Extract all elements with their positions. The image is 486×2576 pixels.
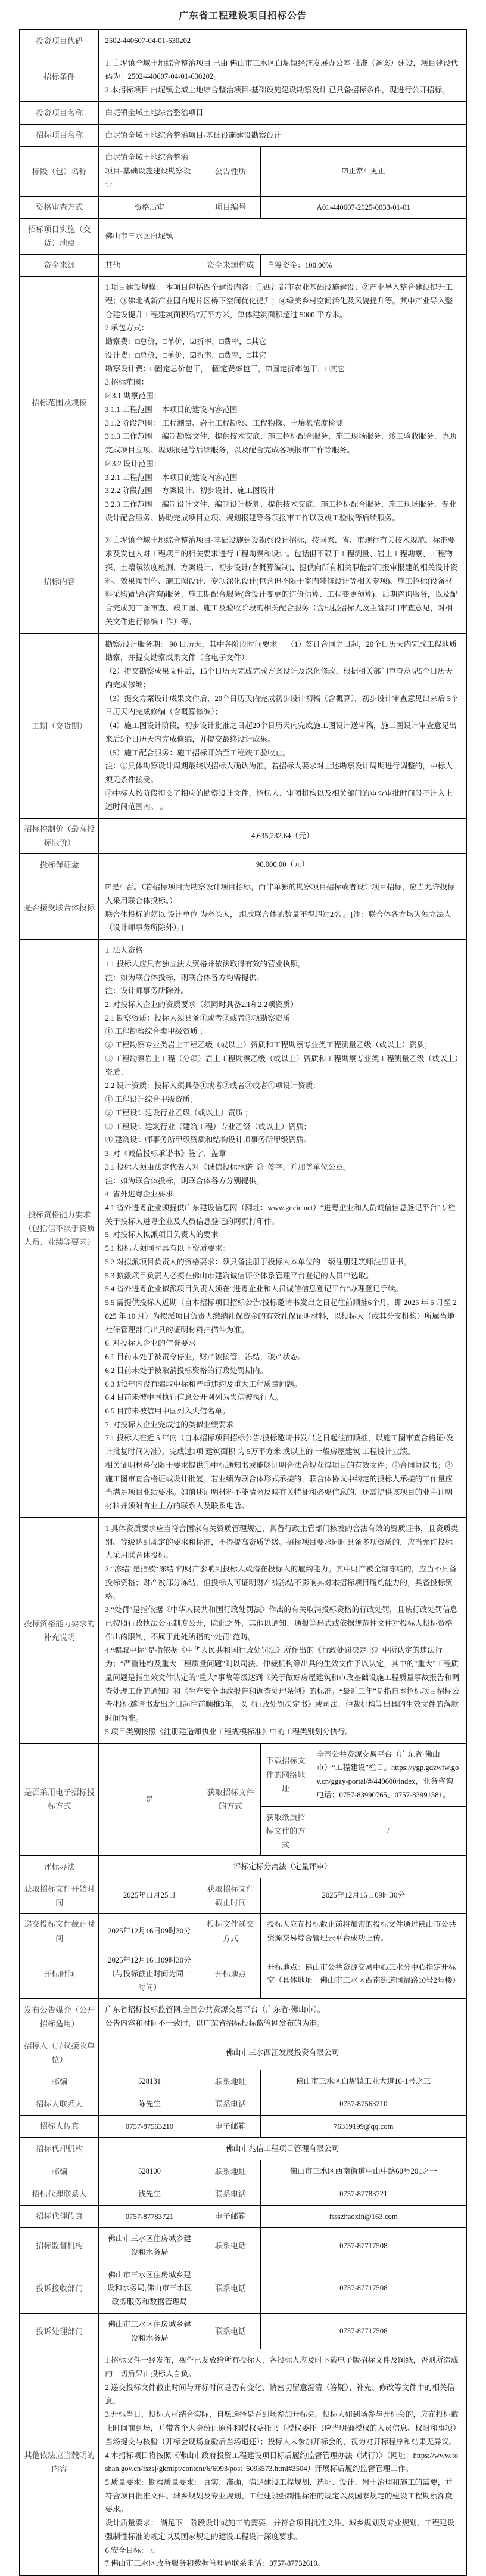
agency-postcode-value: 528100 xyxy=(99,2160,200,2183)
qualification-requirements-label: 投标资格能力要求（包括但不限于资质人员、业绩等要求） xyxy=(20,940,99,1518)
row-control-price: 招标控制价（最高投标限价） 4,635,232.64（元） xyxy=(20,819,466,854)
agency-phone-label: 联系电话 xyxy=(200,2183,261,2205)
supervision-org-value: 佛山市三水区住房城乡建设和水务局 xyxy=(99,2228,200,2264)
row-qualification-supplement: 投标资格能力要求的补充说明 1.具体资质要求应当符合国家有关资质管理规定，具备行… xyxy=(20,1517,466,1743)
consortium-value: ☑是/□否。（若招标项目为勘察设计项目招标，而非单独的勘察项目招标或者设计项目招… xyxy=(99,876,466,940)
agency-phone-value: 0757-87783721 xyxy=(261,2183,466,2205)
row-opening-time: 开标时间 2025年12月16日09时30分（与投标截止时间为同一时间） 开标地… xyxy=(20,1949,466,1999)
project-number-value: A01-440607-2025-0033-01-01 xyxy=(261,196,466,219)
submission-method-value: 投标人应在投标截止前将加密的投标文件通过佛山市公共资源交易综合管理云平台成功上传… xyxy=(261,1913,466,1949)
download-address-label: 下载招标文件的网络地址 xyxy=(261,1743,310,1806)
row-bid-bond: 投标保证金 90,000.00（元） xyxy=(20,854,466,876)
tenderer-email-value: 76319199@qq.com xyxy=(261,2115,466,2138)
section-name-value: 白坭镇全域土地综合整治项目-基础设施建设勘察设计 xyxy=(99,147,200,196)
agency-label: 招标代理机构 xyxy=(20,2138,99,2160)
consortium-label: 是否接受联合体投标 xyxy=(20,876,99,940)
tender-project-name-value: 白坭镇全域土地综合整治项目-基础设施建设勘察设计 xyxy=(99,124,466,147)
notice-nature-label: 公告性质 xyxy=(200,147,261,196)
investment-code-value: 2502-440607-04-01-630202 xyxy=(99,29,466,52)
complaint-receiving-label: 投诉接收部门 xyxy=(20,2264,99,2313)
row-submission-deadline: 递交投标文件截止时间 2025年12月16日09时30分 投标文件递交方式 投标… xyxy=(20,1913,466,1949)
fund-source-value: 其他 xyxy=(99,254,200,277)
row-scope-scale: 招标范围及规模 1.项目建设规模： 本项目包括四个建设内容：①西江都市农业基础设… xyxy=(20,277,466,529)
investment-name-label: 投资项目名称 xyxy=(20,101,99,124)
submission-deadline-label: 递交投标文件截止时间 xyxy=(20,1913,99,1949)
doc-obtain-method-label: 获取招标文件的方式 xyxy=(200,1743,261,1855)
row-section-name: 标段（包）名称 白坭镇全域土地综合整治项目-基础设施建设勘察设计 公告性质 ☑正… xyxy=(20,147,466,196)
complaint-receiving-value: 佛山市三水区住房城乡建设和水务局,佛山市三水区政务服务和数据管理局 xyxy=(99,2264,200,2313)
investment-name-value: 白坭镇全域土地综合整治项目 xyxy=(99,101,466,124)
page-title: 广东省工程建设项目招标公告 xyxy=(0,8,486,21)
agency-email-value: fssszhaoxin@163.com xyxy=(261,2205,466,2228)
tenderer-fax-label: 招标人传真 xyxy=(20,2115,99,2138)
evaluation-method-label: 评标办法 xyxy=(20,1855,99,1878)
tender-content-value: 对白坭镇全域土地综合整治项目-基础设施建设勘察设计招标，按国家、省、市现行有关技… xyxy=(99,529,466,633)
row-agency-fax: 招标代理传真 0757-87783721 电子邮箱 fssszhaoxin@16… xyxy=(20,2205,466,2228)
qualification-requirements-value: 1. 法人资格 1.1 投标人应具有独立法人资格并依法取得有效的营业执照。 注：… xyxy=(99,940,466,1518)
qualification-review-label: 资格审查方式 xyxy=(20,196,99,219)
duration-label: 工期（交货期） xyxy=(20,633,99,819)
tender-announcement-table: 投资项目代码 2502-440607-04-01-630202 招标条件 1. … xyxy=(19,29,467,2576)
complaint-handling-phone-value: 0757-87717508 xyxy=(261,2313,466,2349)
tender-conditions-value: 1. 白坭镇全域土地综合整治项目 已由 佛山市三水区白坭镇经济发展办公室 批准（… xyxy=(99,52,466,101)
row-consortium: 是否接受联合体投标 ☑是/□否。（若招标项目为勘察设计项目招标，而非单独的勘察项… xyxy=(20,876,466,940)
supervision-phone-label: 联系电话 xyxy=(200,2228,261,2264)
row-tenderer: 招标人（异议接收单位） 佛山市三水西江发展投资有限公司 xyxy=(20,2035,466,2070)
other-contents-label: 其他依法应当载明的内容 xyxy=(20,2349,99,2575)
download-address-value: 全国公共资源交易平台（广东省·佛山市）“工程建设”栏目。https://ygp.… xyxy=(310,1743,466,1806)
row-other-contents: 其他依法应当载明的内容 1.招标文件一经发布，视作已发放给所有投标人，各投标人应… xyxy=(20,2349,466,2575)
row-tenderer-postcode: 邮编 528131 联系地址 佛山市三水区白坭镇工业大道16-1号之三 xyxy=(20,2070,466,2093)
agency-email-label: 电子邮箱 xyxy=(200,2205,261,2228)
tenderer-fax-value: 0757-87563210 xyxy=(99,2115,200,2138)
row-delivery-place: 招标项目实施（交货）地点 佛山市三水区白坭镇 xyxy=(20,219,466,254)
qualification-supplement-label: 投标资格能力要求的补充说明 xyxy=(20,1517,99,1743)
tender-conditions-label: 招标条件 xyxy=(20,52,99,101)
agency-postcode-label: 邮编 xyxy=(20,2160,99,2183)
row-doc-obtain-time: 获取招标文件开始时间 2025年11月25日 获取招标文件截止时间 2025年1… xyxy=(20,1878,466,1913)
agency-contact-value: 钱先生 xyxy=(99,2183,200,2205)
project-number-label: 项目编号 xyxy=(200,196,261,219)
tenderer-address-value: 佛山市三水区白坭镇工业大道16-1号之三 xyxy=(261,2070,466,2093)
row-investment-code: 投资项目代码 2502-440607-04-01-630202 xyxy=(20,29,466,52)
row-duration: 工期（交货期） 勘察/设计服务期： 90 日历天，其中各阶段时间要求： （1）签… xyxy=(20,633,466,819)
doc-obtain-deadline-label: 获取招标文件截止时间 xyxy=(200,1878,261,1913)
bid-bond-value: 90,000.00（元） xyxy=(99,854,466,876)
row-supervision-org: 招标监督机构 佛山市三水区住房城乡建设和水务局 联系电话 0757-877175… xyxy=(20,2228,466,2264)
tender-project-name-label: 招标项目名称 xyxy=(20,124,99,147)
row-complaint-handling: 投诉处理部门 佛山市三水区住房城乡建设和水务局 联系电话 0757-877175… xyxy=(20,2313,466,2349)
row-tender-conditions: 招标条件 1. 白坭镇全域土地综合整治项目 已由 佛山市三水区白坭镇经济发展办公… xyxy=(20,52,466,101)
row-tender-content: 招标内容 对白坭镇全域土地综合整治项目-基础设施建设勘察设计招标，按国家、省、市… xyxy=(20,529,466,633)
agency-value: 佛山市兆信工程项目管理有限公司 xyxy=(99,2138,466,2160)
section-name-label: 标段（包）名称 xyxy=(20,147,99,196)
tenderer-postcode-value: 528131 xyxy=(99,2070,200,2093)
doc-obtain-start-value: 2025年11月25日 xyxy=(99,1878,200,1913)
row-agency: 招标代理机构 佛山市兆信工程项目管理有限公司 xyxy=(20,2138,466,2160)
row-evaluation-method: 评标办法 评标定标分离法（定量评审） xyxy=(20,1855,466,1878)
complaint-handling-phone-label: 联系电话 xyxy=(200,2313,261,2349)
tenderer-label: 招标人（异议接收单位） xyxy=(20,2035,99,2070)
row-tenderer-contact: 招标人联系人 陈先生 联系电话 0757-87563210 xyxy=(20,2093,466,2115)
tenderer-value: 佛山市三水西江发展投资有限公司 xyxy=(99,2035,466,2070)
row-qualification-requirements: 投标资格能力要求（包括但不限于资质人员、业绩等要求） 1. 法人资格 1.1 投… xyxy=(20,940,466,1518)
agency-address-value: 佛山市三水区西南街道中山中路60号201之一 xyxy=(261,2160,466,2183)
row-complaint-receiving: 投诉接收部门 佛山市三水区住房城乡建设和水务局,佛山市三水区政务服务和数据管理局… xyxy=(20,2264,466,2313)
evaluation-method-value: 评标定标分离法（定量评审） xyxy=(99,1855,466,1878)
qualification-supplement-value: 1.具体资质要求应当符合国家有关资质管理规定，具备行政主管部门核发的合法有效的资… xyxy=(99,1517,466,1743)
opening-place-label: 开标地点 xyxy=(200,1949,261,1999)
complaint-receiving-phone-label: 联系电话 xyxy=(200,2264,261,2313)
opening-place-value: 开标地点：佛山市公共资源交易中心三水分中心指定开标室（具体地址：佛山市三水区西南… xyxy=(261,1949,466,1999)
document-page: 广东省工程建设项目招标公告 投资项目代码 2502-440607-04-01-6… xyxy=(0,0,486,2576)
supervision-phone-value: 0757-87717508 xyxy=(261,2228,466,2264)
scope-scale-value: 1.项目建设规模： 本项目包括四个建设内容：①西江都市农业基础设施建设；②产业导… xyxy=(99,277,466,529)
e-bidding-label: 是否采用电子招标投标方式 xyxy=(20,1743,99,1855)
tenderer-phone-value: 0757-87563210 xyxy=(261,2093,466,2115)
agency-address-label: 联系地址 xyxy=(200,2160,261,2183)
bid-bond-label: 投标保证金 xyxy=(20,854,99,876)
qualification-review-value: 资格后审 xyxy=(99,196,200,219)
row-fund-source: 资金来源 其他 资金来源构成 自筹资金：100.00% xyxy=(20,254,466,277)
announcement-media-label: 发布公告媒介（公开招标适用） xyxy=(20,1999,99,2035)
investment-code-label: 投资项目代码 xyxy=(20,29,99,52)
agency-fax-value: 0757-87783721 xyxy=(99,2205,200,2228)
complaint-receiving-phone-value: 0757-87717508 xyxy=(261,2264,466,2313)
tenderer-contact-label: 招标人联系人 xyxy=(20,2093,99,2115)
paper-doc-value: / xyxy=(310,1806,466,1855)
row-announcement-media: 发布公告媒介（公开招标适用） 广东省招标投标监管网,全国公共资源交易平台（广东省… xyxy=(20,1999,466,2035)
agency-fax-label: 招标代理传真 xyxy=(20,2205,99,2228)
doc-obtain-deadline-value: 2025年12月16日09时30分 xyxy=(261,1878,466,1913)
opening-time-value: 2025年12月16日09时30分（与投标截止时间为同一时间） xyxy=(99,1949,200,1999)
duration-value: 勘察/设计服务期： 90 日历天，其中各阶段时间要求： （1）签订合同之日起，2… xyxy=(99,633,466,819)
submission-deadline-value: 2025年12月16日09时30分 xyxy=(99,1913,200,1949)
tenderer-address-label: 联系地址 xyxy=(200,2070,261,2093)
row-agency-contact: 招标代理联系人 钱先生 联系电话 0757-87783721 xyxy=(20,2183,466,2205)
delivery-place-value: 佛山市三水区白坭镇 xyxy=(99,219,466,254)
opening-time-label: 开标时间 xyxy=(20,1949,99,1999)
control-price-value: 4,635,232.64（元） xyxy=(99,819,466,854)
announcement-media-value: 广东省招标投标监管网,全国公共资源交易平台（广东省·佛山市）。 公告内容和时间不… xyxy=(99,1999,466,2035)
supervision-org-label: 招标监督机构 xyxy=(20,2228,99,2264)
fund-source-label: 资金来源 xyxy=(20,254,99,277)
tenderer-email-label: 电子邮箱 xyxy=(200,2115,261,2138)
tender-content-label: 招标内容 xyxy=(20,529,99,633)
row-agency-postcode: 邮编 528100 联系地址 佛山市三水区西南街道中山中路60号201之一 xyxy=(20,2160,466,2183)
tenderer-postcode-label: 邮编 xyxy=(20,2070,99,2093)
control-price-label: 招标控制价（最高投标限价） xyxy=(20,819,99,854)
tenderer-phone-label: 联系电话 xyxy=(200,2093,261,2115)
notice-nature-value: ☑正常/□更正 xyxy=(261,147,466,196)
doc-obtain-start-label: 获取招标文件开始时间 xyxy=(20,1878,99,1913)
submission-method-label: 投标文件递交方式 xyxy=(200,1913,261,1949)
paper-doc-label: 获取纸质招标文件的方式 xyxy=(261,1806,310,1855)
row-qualification-review: 资格审查方式 资格后审 项目编号 A01-440607-2025-0033-01… xyxy=(20,196,466,219)
row-investment-name: 投资项目名称 白坭镇全域土地综合整治项目 xyxy=(20,101,466,124)
row-e-bidding: 是否采用电子招标投标方式 是 获取招标文件的方式 下载招标文件的网络地址 全国公… xyxy=(20,1743,466,1806)
e-bidding-value: 是 xyxy=(99,1743,200,1855)
fund-composition-value: 自筹资金：100.00% xyxy=(261,254,466,277)
row-tenderer-fax: 招标人传真 0757-87563210 电子邮箱 76319199@qq.com xyxy=(20,2115,466,2138)
tenderer-contact-value: 陈先生 xyxy=(99,2093,200,2115)
fund-composition-label: 资金来源构成 xyxy=(200,254,261,277)
scope-scale-label: 招标范围及规模 xyxy=(20,277,99,529)
agency-contact-label: 招标代理联系人 xyxy=(20,2183,99,2205)
complaint-handling-label: 投诉处理部门 xyxy=(20,2313,99,2349)
row-tender-project-name: 招标项目名称 白坭镇全域土地综合整治项目-基础设施建设勘察设计 xyxy=(20,124,466,147)
other-contents-value: 1.招标文件一经发布，视作已发放给所有投标人，各投标人应及时下载电子版招标文件及… xyxy=(99,2349,466,2575)
delivery-place-label: 招标项目实施（交货）地点 xyxy=(20,219,99,254)
complaint-handling-value: 佛山市三水区住房城乡建设和水务局 xyxy=(99,2313,200,2349)
